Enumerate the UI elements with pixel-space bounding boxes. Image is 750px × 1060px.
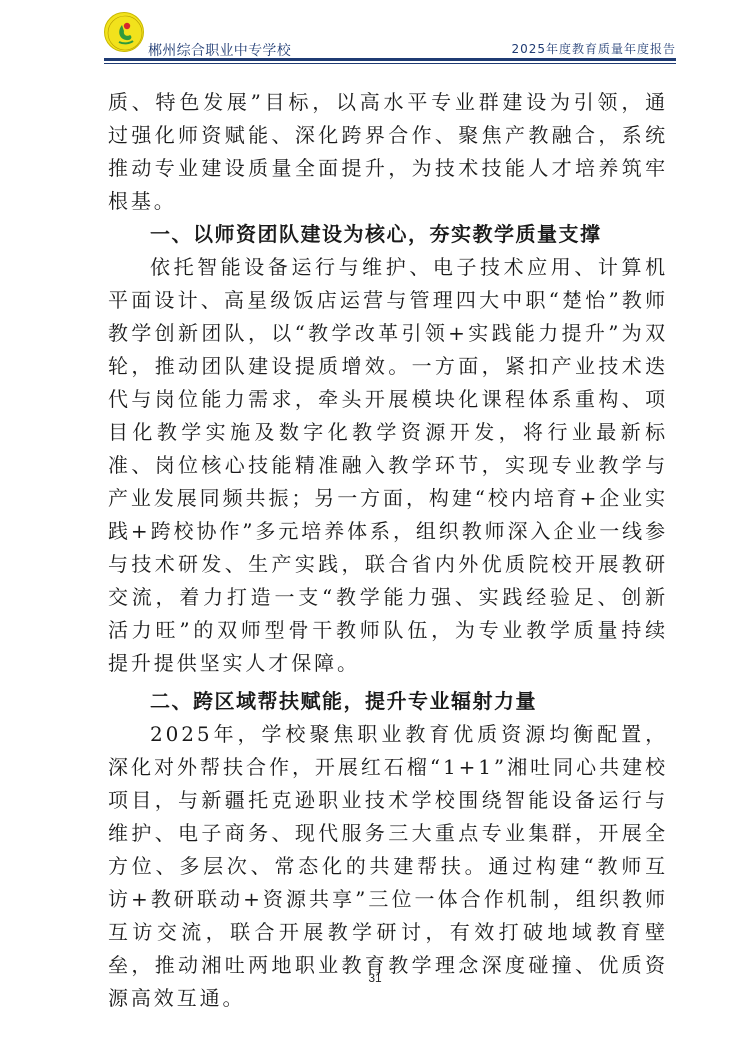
section-paragraph-1: 依托智能设备运行与维护、电子技术应用、计算机平面设计、高星级饭店运营与管理四大中… — [108, 251, 668, 680]
school-emblem-icon — [104, 12, 144, 52]
page-number: 31 — [0, 971, 750, 985]
section-heading-2: 二、跨区域帮扶赋能，提升专业辐射力量 — [108, 685, 668, 718]
page-header: 郴州综合职业中专学校 2025年度教育质量年度报告 — [104, 12, 676, 58]
document-body: 质、特色发展”目标，以高水平专业群建设为引领，通过强化师资赋能、深化跨界合作、聚… — [108, 86, 668, 1015]
section-heading-1: 一、以师资团队建设为核心，夯实教学质量支撑 — [108, 218, 668, 251]
header-rule-thick — [104, 58, 676, 61]
header-rule-thin — [104, 63, 676, 64]
school-name: 郴州综合职业中专学校 — [148, 40, 291, 60]
report-title: 2025年度教育质量年度报告 — [511, 40, 676, 57]
intro-paragraph: 质、特色发展”目标，以高水平专业群建设为引领，通过强化师资赋能、深化跨界合作、聚… — [108, 86, 668, 218]
